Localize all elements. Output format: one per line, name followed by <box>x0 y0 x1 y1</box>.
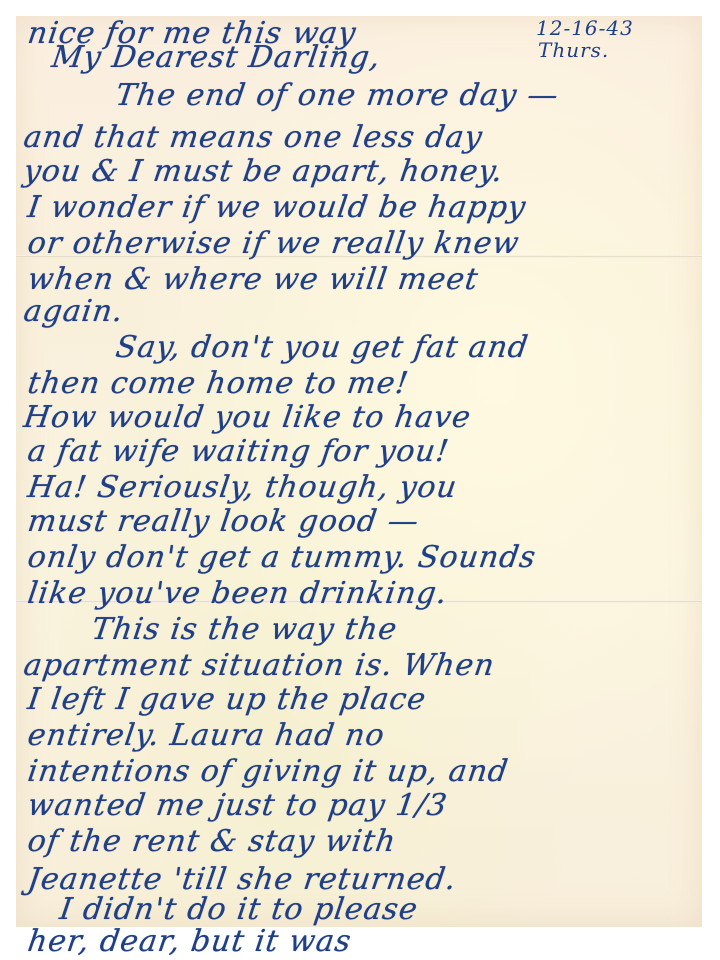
letter-line: entirely. Laura had no <box>26 718 388 753</box>
letter-line: intentions of giving it up, and <box>26 754 511 789</box>
letter-line: nice for me this way <box>26 16 359 51</box>
letter-line: like you've been drinking. <box>26 576 450 611</box>
letter-weekday: Thurs. <box>538 38 609 62</box>
letter-line: you & I must be apart, honey. <box>22 154 506 189</box>
letter-line: only don't get a tummy. Sounds <box>26 540 539 575</box>
letter-line: The end of one more day — <box>114 78 561 113</box>
letter-line: a fat wife waiting for you! <box>26 434 452 469</box>
letter-line: How would you like to have <box>22 400 474 435</box>
letter-line: I left I gave up the place <box>26 682 429 717</box>
letter-line: This is the way the <box>90 612 400 647</box>
letter-line: of the rent & stay with <box>26 824 399 859</box>
letter-line: I didn't do it to please <box>58 892 421 927</box>
letter-line: her, dear, but it was <box>26 924 354 959</box>
letter-line: I wonder if we would be happy <box>26 190 529 225</box>
letter-line: and that means one less day <box>22 120 485 155</box>
letter-line: Say, don't you get fat and <box>114 330 531 365</box>
letter-line: then come home to me! <box>26 366 412 401</box>
letter-line: must really look good — <box>26 504 422 539</box>
letter-line: when & where we will meet <box>26 262 481 297</box>
letter-line: Ha! Seriously, though, you <box>26 470 460 505</box>
letter-line: apartment situation is. When <box>22 648 498 683</box>
letter-line: again. <box>22 294 126 329</box>
letter-line: wanted me just to pay 1/3 <box>26 788 450 823</box>
letter-date: 12-16-43 <box>536 16 634 40</box>
letter-page: 12-16-43 Thurs. My Dearest Darling, The … <box>16 16 702 927</box>
letter-line: or otherwise if we really knew <box>26 226 522 261</box>
